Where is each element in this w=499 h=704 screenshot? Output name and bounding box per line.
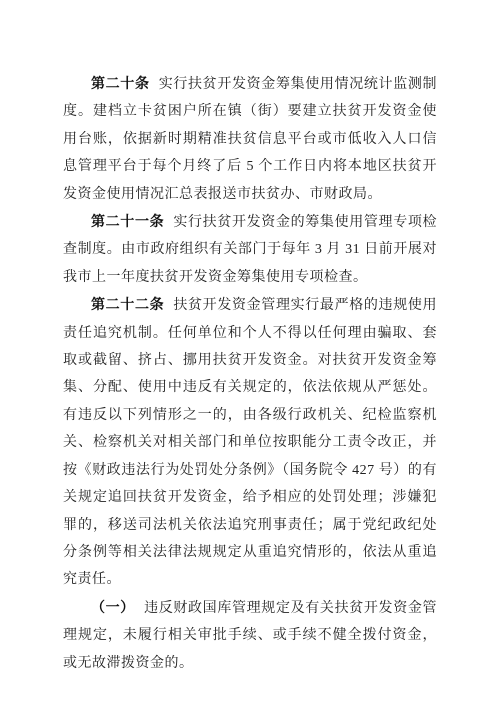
paragraph-article-22: 第二十二条扶贫开发资金管理实行最严格的违规使用责任追究机制。任何单位和个人不得以… [63,291,437,593]
article-heading: 第二十二条 [91,296,164,312]
document-page: 第二十条实行扶贫开发资金筹集使用情况统计监测制度。建档立卡贫困户所在镇（街）要建… [0,0,499,704]
paragraph-item-1: （一）违反财政国库管理规定及有关扶贫开发资金管理规定，未履行相关审批手续、或手续… [63,594,437,677]
paragraph-text: 扶贫开发资金管理实行最严格的违规使用责任追究机制。任何单位和个人不得以任何理由骗… [63,298,437,587]
paragraph-article-21: 第二十一条实行扶贫开发资金的筹集使用管理专项检查制度。由市政府组织有关部门于每年… [63,208,437,291]
paragraph-text: 实行扶贫开发资金筹集使用情况统计监测制度。建档立卡贫困户所在镇（街）要建立扶贫开… [63,77,437,202]
paragraph-article-20: 第二十条实行扶贫开发资金筹集使用情况统计监测制度。建档立卡贫困户所在镇（街）要建… [63,70,437,208]
article-heading: 第二十条 [91,75,150,91]
article-heading: 第二十一条 [91,213,164,229]
item-heading: （一） [91,599,135,615]
